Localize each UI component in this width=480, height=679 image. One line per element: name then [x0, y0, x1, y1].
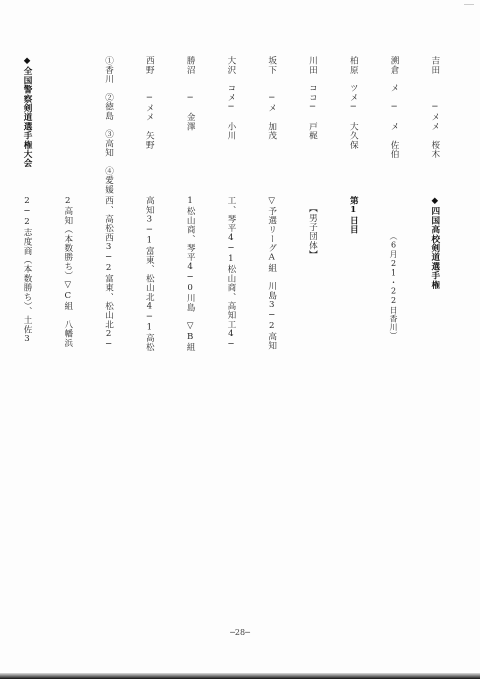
- bout-line: 吉田 ─メメ 桜木: [427, 56, 441, 186]
- bottom-band: ◆四国高校剣道選手権 （6月21・22日香川） 第1日目 【男子団体】 ▽予選リ…: [0, 196, 468, 608]
- scan-mark: [464, 4, 474, 5]
- result-line: 1松山商、琴平4─0川島 ▽B組: [183, 196, 197, 608]
- result-line: 西、高松西3─2富東、松山北2─: [101, 196, 115, 608]
- bout-line: 川田 ココ─ 戸梶: [305, 56, 319, 186]
- bout-line: 柏原 ツメ─ 大久保: [346, 56, 360, 186]
- result-line: ▽予選リーグA組 川島3─2高知: [264, 196, 278, 608]
- section-title-shikoku: ◆四国高校剣道選手権: [427, 196, 441, 608]
- section-title-police: ◆全国警察剣道選手権大会: [19, 56, 33, 186]
- day1-boys-team-label: 【男子団体】: [305, 196, 319, 608]
- bout-line: 大沢 コメ─ 小川: [223, 56, 237, 186]
- page-number: ─28─: [0, 628, 480, 637]
- document-page: 吉田 ─メメ 桜木 溯倉 メ ─ メ 佐伯 柏原 ツメ─ 大久保 川田 ココ─ …: [0, 0, 480, 679]
- scan-bottom-edge: [0, 673, 480, 679]
- standings-line: ①香川 ②徳島 ③高知 ④愛媛: [101, 56, 115, 186]
- bout-line: 溯倉 メ ─ メ 佐伯: [386, 56, 400, 186]
- day1-label: 第1日目: [346, 196, 360, 608]
- result-line: 工、琴平4─1松山商、高知工4─: [223, 196, 237, 608]
- top-band: 吉田 ─メメ 桜木 溯倉 メ ─ メ 佐伯 柏原 ツメ─ 大久保 川田 ココ─ …: [0, 56, 468, 186]
- bout-line: 西野 ─メメ 矢野: [142, 56, 156, 186]
- bout-line: 勝沼 ─ 金澤: [183, 56, 197, 186]
- section-date-shikoku: （6月21・22日香川）: [386, 196, 400, 608]
- result-line: 高知3─1富東、松山北4─1高松: [142, 196, 156, 608]
- result-line: 2高知（本数勝ち）▽C組 八幡浜: [60, 196, 74, 608]
- bout-line: 坂下 ─メ 加茂: [264, 56, 278, 186]
- result-line: 2─2志度商（本数勝ち）、土佐3: [19, 196, 33, 608]
